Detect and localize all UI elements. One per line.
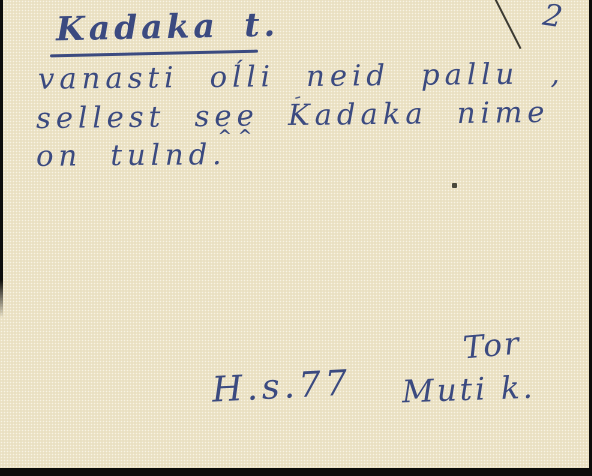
scan-edge-left	[0, 0, 3, 318]
scan-scratch	[492, 0, 521, 49]
body-line-2-post: Kadaka nime	[259, 95, 550, 133]
date-code: H.s.77	[211, 366, 352, 408]
body-line-2: sellest see^^ Kadaka nime	[36, 98, 550, 133]
page-number: 2	[541, 1, 565, 34]
attribution-place: Tor	[462, 329, 522, 365]
title-underline	[50, 50, 258, 57]
card-title: Kadaka t.	[56, 8, 280, 46]
body-line-2-pre: sellest s	[36, 99, 215, 135]
scan-edge-bottom	[0, 468, 592, 476]
ink-speck	[452, 183, 457, 188]
body-line-2-marked-letters: ee^^	[214, 101, 259, 131]
body-line-3: on tulnd.	[36, 140, 227, 171]
body-line-1: vanasti oĺli neid pallu ,	[38, 59, 565, 94]
attribution-name: Muti k.	[401, 373, 536, 409]
scanned-index-card: 2 Kadaka t. vanasti oĺli neid pallu , - …	[0, 0, 592, 476]
